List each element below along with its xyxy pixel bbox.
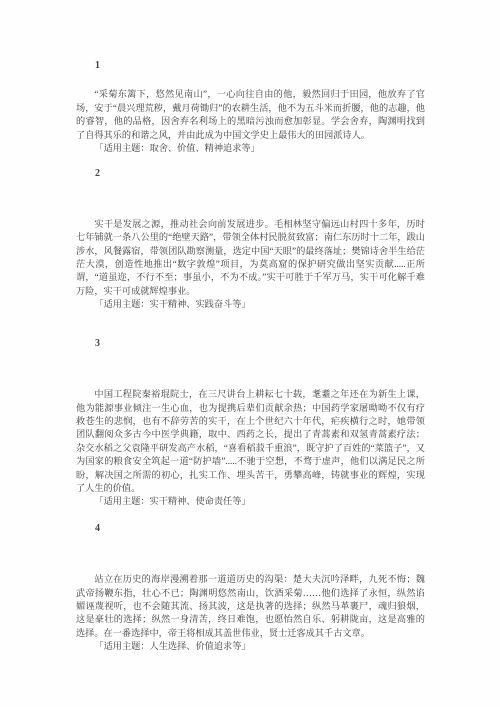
section-paragraph: “采菊东篱下，悠然见南山”，一心向往自由的他，毅然回归于田园，他放弃了官场，安于… <box>76 88 425 142</box>
section-theme: 「适用主题：取舍、价值、精神追求等」 <box>76 142 425 155</box>
essay-section-4: 4 站立在历史的海岸漫溯着那一道道历史的沟渠：楚大夫沉吟泽畔，九死不悔；魏武帝扬… <box>76 522 425 654</box>
section-number: 2 <box>76 167 425 180</box>
essay-section-3: 3 中国工程院秦裕琨院士，在三尺讲台上耕耘七十载，耄耋之年还在为新生上课，他为能… <box>76 337 425 509</box>
section-number: 4 <box>76 522 425 535</box>
essay-section-1: 1 “采菊东篱下，悠然见南山”，一心向往自由的他，毅然回归于田园，他放弃了官场，… <box>76 59 425 155</box>
section-theme: 「适用主题：实干精神、使命责任等」 <box>76 495 425 508</box>
document-page: 1 “采菊东篱下，悠然见南山”，一心向往自由的他，毅然回归于田园，他放弃了官场，… <box>0 0 500 707</box>
section-theme: 「适用主题：人生选择、价值追求等」 <box>76 640 425 653</box>
section-theme: 「适用主题：实干精神、实践奋斗等」 <box>76 298 425 311</box>
section-paragraph: 站立在历史的海岸漫溯着那一道道历史的沟渠：楚大夫沉吟泽畔，九死不悔；魏武帝扬鞭东… <box>76 573 425 640</box>
section-paragraph: 实干是发展之源，推动社会向前发展进步。毛相林坚守偏远山村四十多年，历时七年铺就一… <box>76 218 425 298</box>
section-paragraph: 中国工程院秦裕琨院士，在三尺讲台上耕耘七十载，耄耋之年还在为新生上课，他为能源事… <box>76 388 425 495</box>
section-number: 1 <box>76 59 425 72</box>
essay-section-2: 2 实干是发展之源，推动社会向前发展进步。毛相林坚守偏远山村四十多年，历时七年铺… <box>76 167 425 311</box>
document-content: 1 “采菊东篱下，悠然见南山”，一心向往自由的他，毅然回归于田园，他放弃了官场，… <box>0 0 500 654</box>
section-number: 3 <box>76 337 425 350</box>
